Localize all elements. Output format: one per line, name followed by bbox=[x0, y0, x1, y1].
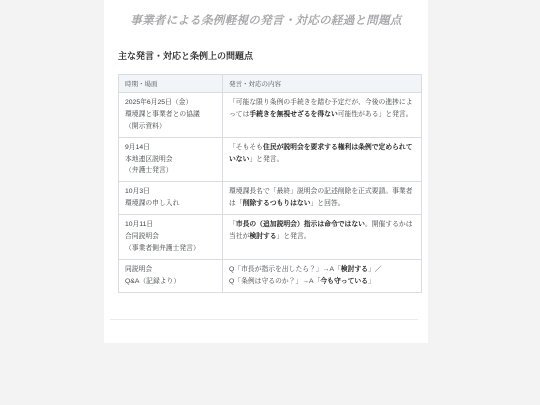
cell-statement: 環境課長名で「最終」説明会の記述削除を正式要請。事業者は「削除するつもりはない」… bbox=[223, 182, 422, 215]
time-scene-line: 同説明会 bbox=[125, 264, 216, 276]
cell-time-scene: 同説明会Q&A（記録より） bbox=[119, 259, 223, 292]
time-scene-line: （弁護士発言） bbox=[125, 165, 216, 177]
document-panel: 事業者による条例軽視の発言・対応の経過と問題点 主な発言・対応と条例上の問題点 … bbox=[104, 0, 428, 343]
cell-statement: 「そもそも住民が説明会を要求する権利は条例で定められていない」と発言。 bbox=[223, 137, 422, 182]
time-scene-line: 10月11日 bbox=[125, 219, 216, 231]
cell-time-scene: 10月11日合同説明会（事業者側弁護士発言） bbox=[119, 215, 223, 260]
statement-emphasis: 検討する bbox=[341, 266, 368, 273]
table-row: 10月11日合同説明会（事業者側弁護士発言）「市長の（追加説明会）指示は命令では… bbox=[119, 215, 422, 260]
screen: { "page": { "title": "事業者による条例軽視の発言・対応の経… bbox=[0, 0, 540, 405]
statement-emphasis: 手続きを無視せざるを得ない bbox=[249, 111, 337, 118]
statement-emphasis: 市長の（追加説明会）指示は命令ではない bbox=[236, 221, 365, 228]
statement-text: 「 bbox=[229, 221, 236, 228]
statements-table: 時期・場面 発言・対応の内容 2025年6月25日（金）環境課と事業者との協議（… bbox=[118, 74, 422, 293]
cell-statement: 「市長の（追加説明会）指示は命令ではない。開催するかは当社が検討する」と発言。 bbox=[223, 215, 422, 260]
table-row: 同説明会Q&A（記録より）Q「市長が指示を出したら？」→A「検討する」／Q「条例… bbox=[119, 259, 422, 292]
table-header-row: 時期・場面 発言・対応の内容 bbox=[119, 75, 422, 93]
time-scene-line: 2025年6月25日（金） bbox=[125, 97, 216, 109]
time-scene-line: （事業者側弁護士発言） bbox=[125, 243, 216, 255]
table-row: 2025年6月25日（金）環境課と事業者との協議（開示資料）「可能な限り条例の手… bbox=[119, 93, 422, 138]
statement-text: 「そもそも bbox=[229, 144, 263, 151]
cell-time-scene: 10月3日環境課の申し入れ bbox=[119, 182, 223, 215]
document-title: 事業者による条例軽視の発言・対応の経過と問題点 bbox=[112, 12, 420, 28]
cell-statement: 「可能な限り条例の手続きを踏む予定だが、今後の進捗によっては手続きを無視せざるを… bbox=[223, 93, 422, 138]
cell-time-scene: 2025年6月25日（金）環境課と事業者との協議（開示資料） bbox=[119, 93, 223, 138]
table-row: 10月3日環境課の申し入れ環境課長名で「最終」説明会の記述削除を正式要請。事業者… bbox=[119, 182, 422, 215]
column-header-time: 時期・場面 bbox=[119, 75, 223, 93]
statement-text: Q「条例は守るのか？」→A「 bbox=[229, 278, 320, 285]
cell-time-scene: 9月14日本地連区説明会（弁護士発言） bbox=[119, 137, 223, 182]
time-scene-line: 環境課と事業者との協議 bbox=[125, 109, 216, 121]
time-scene-line: 9月14日 bbox=[125, 142, 216, 154]
cell-statement: Q「市長が指示を出したら？」→A「検討する」／Q「条例は守るのか？」→A「今も守… bbox=[223, 259, 422, 292]
statement-text: 」と発言。 bbox=[277, 233, 311, 240]
statement-text: 可能性がある」と発言。 bbox=[338, 111, 413, 118]
statement-text: 」と回答。 bbox=[311, 200, 345, 207]
statement-text: Q「市長が指示を出したら？」→A「 bbox=[229, 266, 341, 273]
time-scene-line: （開示資料） bbox=[125, 121, 216, 133]
statement-text: 」／ bbox=[368, 266, 382, 273]
statement-emphasis: 削除するつもりはない bbox=[243, 200, 311, 207]
statement-text: 」と発言。 bbox=[249, 156, 283, 163]
time-scene-line: 環境課の申し入れ bbox=[125, 198, 216, 210]
column-header-content: 発言・対応の内容 bbox=[223, 75, 422, 93]
section-heading: 主な発言・対応と条例上の問題点 bbox=[118, 49, 428, 62]
divider bbox=[110, 319, 418, 320]
table-row: 9月14日本地連区説明会（弁護士発言）「そもそも住民が説明会を要求する権利は条例… bbox=[119, 137, 422, 182]
statement-text: 」 bbox=[368, 278, 375, 285]
time-scene-line: 10月3日 bbox=[125, 186, 216, 198]
time-scene-line: Q&A（記録より） bbox=[125, 276, 216, 288]
time-scene-line: 合同説明会 bbox=[125, 231, 216, 243]
statement-emphasis: 検討する bbox=[249, 233, 276, 240]
statement-emphasis: 今も守っている bbox=[320, 278, 368, 285]
time-scene-line: 本地連区説明会 bbox=[125, 154, 216, 166]
